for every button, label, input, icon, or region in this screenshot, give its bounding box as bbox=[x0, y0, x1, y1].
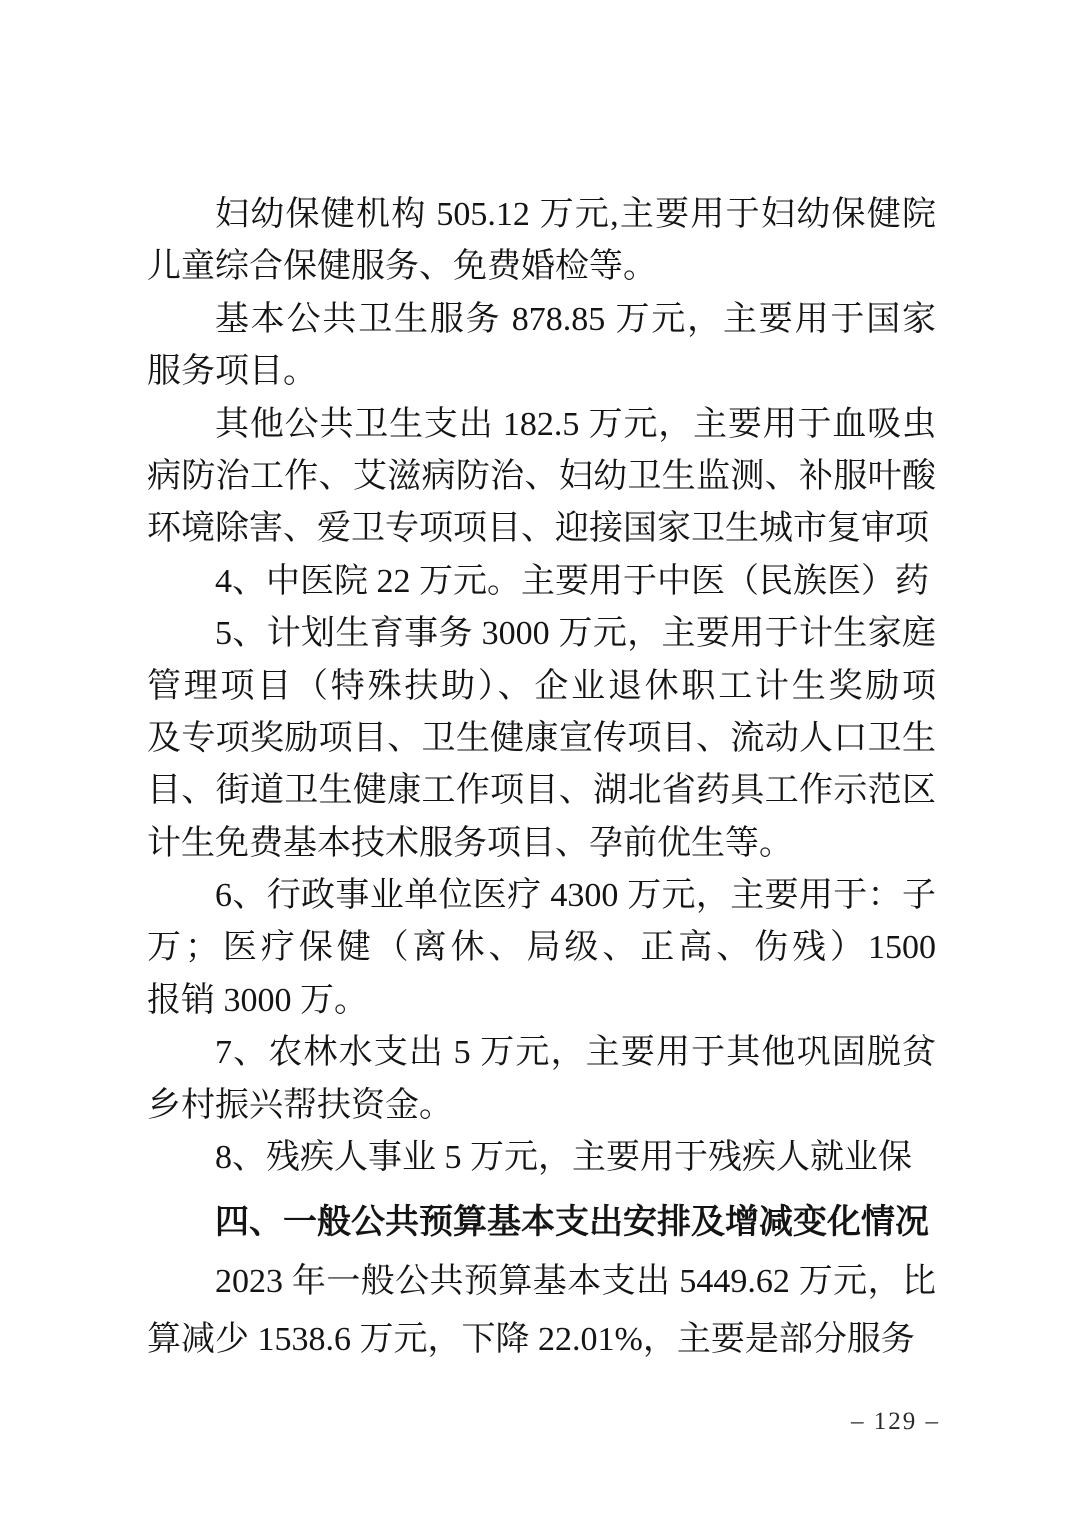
text-line: 及专项奖励项目、卫生健康宣传项目、流动人口卫生健康管理项 bbox=[147, 713, 936, 765]
text-line: 4、中医院 22 万元。主要用于中医（民族医）药专项。 bbox=[147, 556, 936, 608]
text-line: 其他公共卫生支出 182.5 万元，主要用于血吸虫病防治、慢 bbox=[147, 399, 936, 451]
text-line: 2023 年一般公共预算基本支出 5449.62 万元，比 2022 年预 bbox=[147, 1253, 936, 1311]
text-line: 报销 3000 万。 bbox=[147, 975, 936, 1027]
text-line: 病防治工作、艾滋病防治、妇幼卫生监测、补服叶酸等。社区外 bbox=[147, 451, 936, 503]
text-line: 乡村振兴帮扶资金。 bbox=[147, 1080, 936, 1132]
text-line: 管理项目（特殊扶助）、企业退休职工计生奖励项目、目标考核 bbox=[147, 661, 936, 713]
text-line: 妇幼保健机构 505.12 万元,主要用于妇幼保健院标准化建设、 bbox=[147, 189, 936, 241]
document-page: 妇幼保健机构 505.12 万元,主要用于妇幼保健院标准化建设、儿童综合保健服务… bbox=[0, 0, 1074, 1520]
section-heading: 四、一般公共预算基本支出安排及增减变化情况 bbox=[147, 1193, 936, 1253]
page-number: – 129 – bbox=[851, 1408, 940, 1436]
text-line: 环境除害、爱卫专项项目、迎接国家卫生城市复审项目。 bbox=[147, 503, 936, 555]
text-line: 计生免费基本技术服务项目、孕前优生等。 bbox=[147, 818, 936, 870]
text-line: 7、农林水支出 5 万元，主要用于其他巩固脱贫攻坚成果衔接 bbox=[147, 1027, 936, 1079]
text-line: 6、行政事业单位医疗 4300 万元，主要用于：子女统筹，80 bbox=[147, 870, 936, 922]
text-line: 儿童综合保健服务、免费婚检等。 bbox=[147, 241, 936, 293]
text-line: 服务项目。 bbox=[147, 346, 936, 398]
text-line: 目、街道卫生健康工作项目、湖北省药具工作示范区日常管理、 bbox=[147, 765, 936, 817]
text-line: 5、计划生育事务 3000 万元，主要用于计生家庭奖励和服务 bbox=[147, 608, 936, 660]
text-line: 8、残疾人事业 5 万元，主要用于残疾人就业保障金项目。 bbox=[147, 1132, 936, 1184]
text-line: 万；医疗保健（离休、局级、正高、伤残）1500 万；公务员医疗 bbox=[147, 922, 936, 974]
text-line: 算减少 1538.6 万元，下降 22.01%，主要是部分服务外包，其他工 bbox=[147, 1311, 936, 1369]
text-line: 基本公共卫生服务 878.85 万元，主要用于国家基本公共卫生 bbox=[147, 294, 936, 346]
document-body: 妇幼保健机构 505.12 万元,主要用于妇幼保健院标准化建设、儿童综合保健服务… bbox=[147, 189, 936, 1369]
